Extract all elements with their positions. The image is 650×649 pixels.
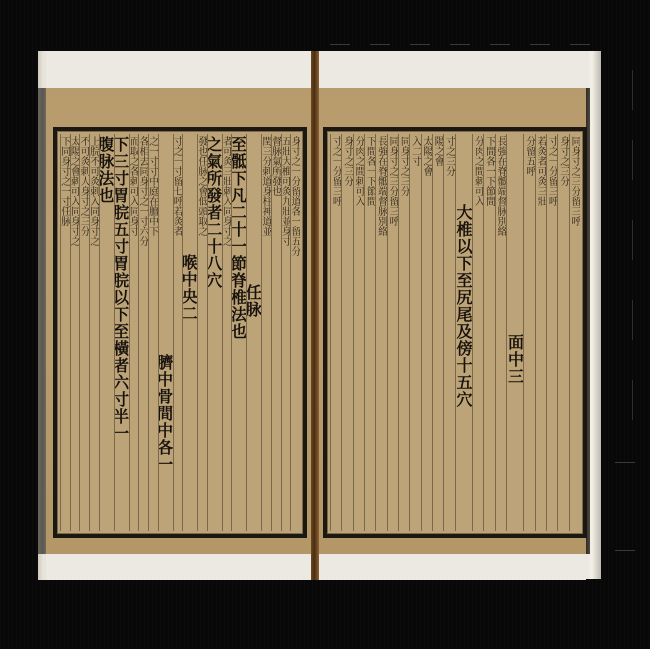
text-column: 者可灸三壯刺入同身寸之 — [222, 134, 232, 531]
text-column: 不可灸刺人身寸之三分 — [79, 134, 89, 531]
text-column: 長強在脊骶端督脉別絡 — [375, 134, 386, 531]
left-text-frame: 身寸之一分留道各一留五分 五壯大椎可灸九壯並身寸 督脉氣所發也 閏三分刺道身柱神… — [53, 127, 307, 538]
ruler-tick — [490, 44, 510, 45]
ruler-tick — [570, 44, 590, 45]
text-column: 太陽之會刺可入同身寸之 — [70, 134, 80, 531]
headline-column: 下三寸胃脘五寸胃脘以下至橫者六寸半一 — [114, 134, 129, 531]
text-column: 寸之三分 — [443, 134, 454, 531]
text-column: 分留五呼 — [523, 134, 534, 531]
text-column: 閏三分刺道身柱神道並 — [261, 134, 271, 531]
text-column: 身寸之三分 — [341, 134, 352, 531]
ruler-tick — [632, 220, 633, 260]
text-column: 身寸之三分 — [557, 134, 568, 531]
headline-column: 腹脉法也 — [99, 134, 114, 531]
headline-column: 大椎以下至尻尾及傍十五穴 — [455, 134, 473, 531]
headline-column: 喉中央二 — [182, 134, 197, 531]
right-text-frame: 同身寸之三分留三呼 身寸之三分 寸之一分留三呼 若灸者可灸三壯 分留五呼 面中三… — [323, 127, 587, 538]
text-column: 發也任脉之會低頭取之 — [197, 134, 207, 531]
text-column: 各相去同身寸之一寸六分 — [138, 134, 148, 531]
ruler-tick — [632, 380, 633, 420]
book-spine — [311, 51, 319, 580]
ruler-tick — [615, 462, 635, 463]
text-column: 同身寸之三分 — [398, 134, 409, 531]
text-column: 太陽之會 — [421, 134, 432, 531]
text-column: 同身寸之三分留三呼 — [569, 134, 580, 531]
text-column: 陽之會 — [432, 134, 443, 531]
text-column: 而取之各刺可入同身寸 — [129, 134, 139, 531]
text-column: 寸之一分留三呼 — [330, 134, 341, 531]
text-column: 下間各一下節間 — [364, 134, 375, 531]
headline-column: 至骶下凡二十一節脊椎法也 — [231, 134, 246, 531]
text-column: 同身寸之三分留三呼 — [387, 134, 398, 531]
ruler-tick — [530, 44, 550, 45]
text-column: 之一寸寸中庭在膻中下 — [148, 134, 158, 531]
headline-column: 之氣所發者二十八穴 — [207, 134, 222, 531]
ruler-tick — [615, 550, 635, 551]
text-column: 長強在脊骶端督脉別絡 — [495, 134, 506, 531]
text-column: 五壯大椎可灸九壯並身寸 — [281, 134, 291, 531]
text-column: 下同身寸之一寸任脉 — [60, 134, 70, 531]
ruler-tick — [632, 140, 633, 180]
text-column: 督脉氣所發也 — [271, 134, 281, 531]
text-column: 分肉之間刺可入 — [353, 134, 364, 531]
ruler-tick — [330, 44, 350, 45]
ruler-tick — [632, 70, 633, 110]
text-column: 下間各一下節間 — [483, 134, 494, 531]
text-column: 入二寸 — [409, 134, 420, 531]
ruler-tick — [632, 300, 633, 340]
headline-column: 任脉 — [246, 134, 261, 531]
text-column: 分肉之間刺可入 — [472, 134, 483, 531]
ruler-tick — [370, 44, 390, 45]
ruler-tick — [450, 44, 470, 45]
text-column: 若灸者可灸三壯 — [535, 134, 546, 531]
text-column: 身寸之一分留道各一留五分 — [290, 134, 300, 531]
text-column: 上脘不可灸刺入同身寸之 — [89, 134, 99, 531]
text-column: 寸之一分留三呼 — [546, 134, 557, 531]
headline-column: 面中三 — [506, 134, 524, 531]
headline-column: 臍中骨間中各一 — [158, 134, 173, 531]
text-column: 寸之一寸留七呼若灸者 — [173, 134, 183, 531]
ruler-tick — [410, 44, 430, 45]
